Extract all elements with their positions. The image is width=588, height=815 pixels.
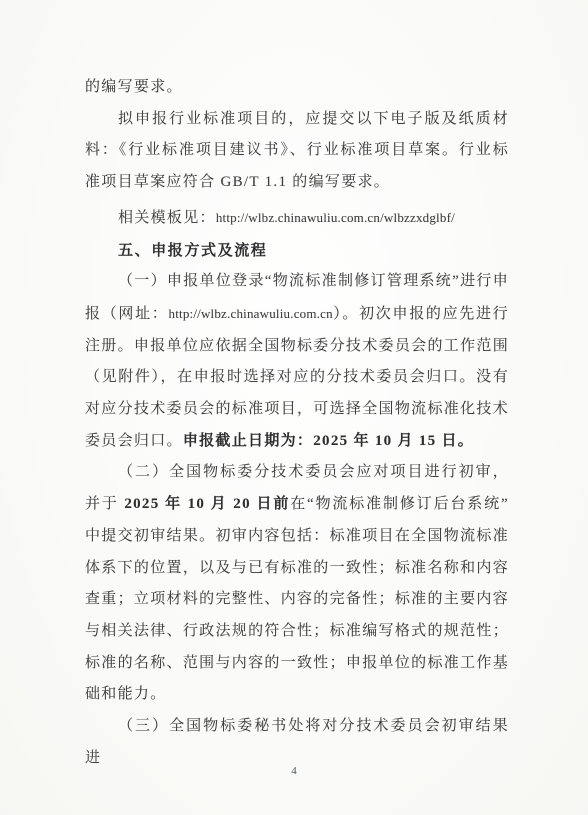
document-body: 的编写要求。拟申报行业标准项目的，应提交以下电子版及纸质材料：《行业标准项目建议… xyxy=(85,72,509,774)
text-run: 相关模板见： xyxy=(118,210,216,226)
text-run: ）。初次申报的应先进行注册。申报单位应依据全国物标委分技术委员会的工作范围（见附… xyxy=(85,306,509,449)
paragraph: （二）全国物标委分技术委员会应对项目进行初审，并于 2025 年 10 月 20… xyxy=(85,457,509,711)
text-run: （三）全国物标委秘书处将对分技术委员会初审结果进 xyxy=(85,718,509,766)
url-text: http://wlbz.chinawuliu.com.cn/wlbzzxdglb… xyxy=(216,210,455,225)
text-run: 在“物流标准制修订后台系统”中提交初审结果。初审内容包括：标准项目在全国物流标准… xyxy=(85,496,509,702)
paragraph: 相关模板见：http://wlbz.chinawuliu.com.cn/wlbz… xyxy=(85,202,509,235)
text-run: 申报截止日期为：2025 年 10 月 15 日。 xyxy=(183,433,474,449)
paragraph: 拟申报行业标准项目的，应提交以下电子版及纸质材料：《行业标准项目建议书》、行业标… xyxy=(85,104,509,199)
url-text: http://wlbz.chinawuliu.com.cn xyxy=(169,306,333,321)
text-run: 拟申报行业标准项目的，应提交以下电子版及纸质材料：《行业标准项目建议书》、行业标… xyxy=(85,111,509,190)
document-page: 的编写要求。拟申报行业标准项目的，应提交以下电子版及纸质材料：《行业标准项目建议… xyxy=(0,0,588,815)
text-run: 五、申报方式及流程 xyxy=(118,242,267,259)
paragraph: 的编写要求。 xyxy=(85,72,509,104)
page-number: 4 xyxy=(0,765,588,777)
text-run: 2025 年 10 月 20 日前 xyxy=(124,496,290,512)
paragraph: （一）申报单位登录“物流标准制修订管理系统”进行申报（网址：http://wlb… xyxy=(85,266,509,457)
text-run: 的编写要求。 xyxy=(85,79,183,95)
section-heading: 五、申报方式及流程 xyxy=(85,235,509,267)
